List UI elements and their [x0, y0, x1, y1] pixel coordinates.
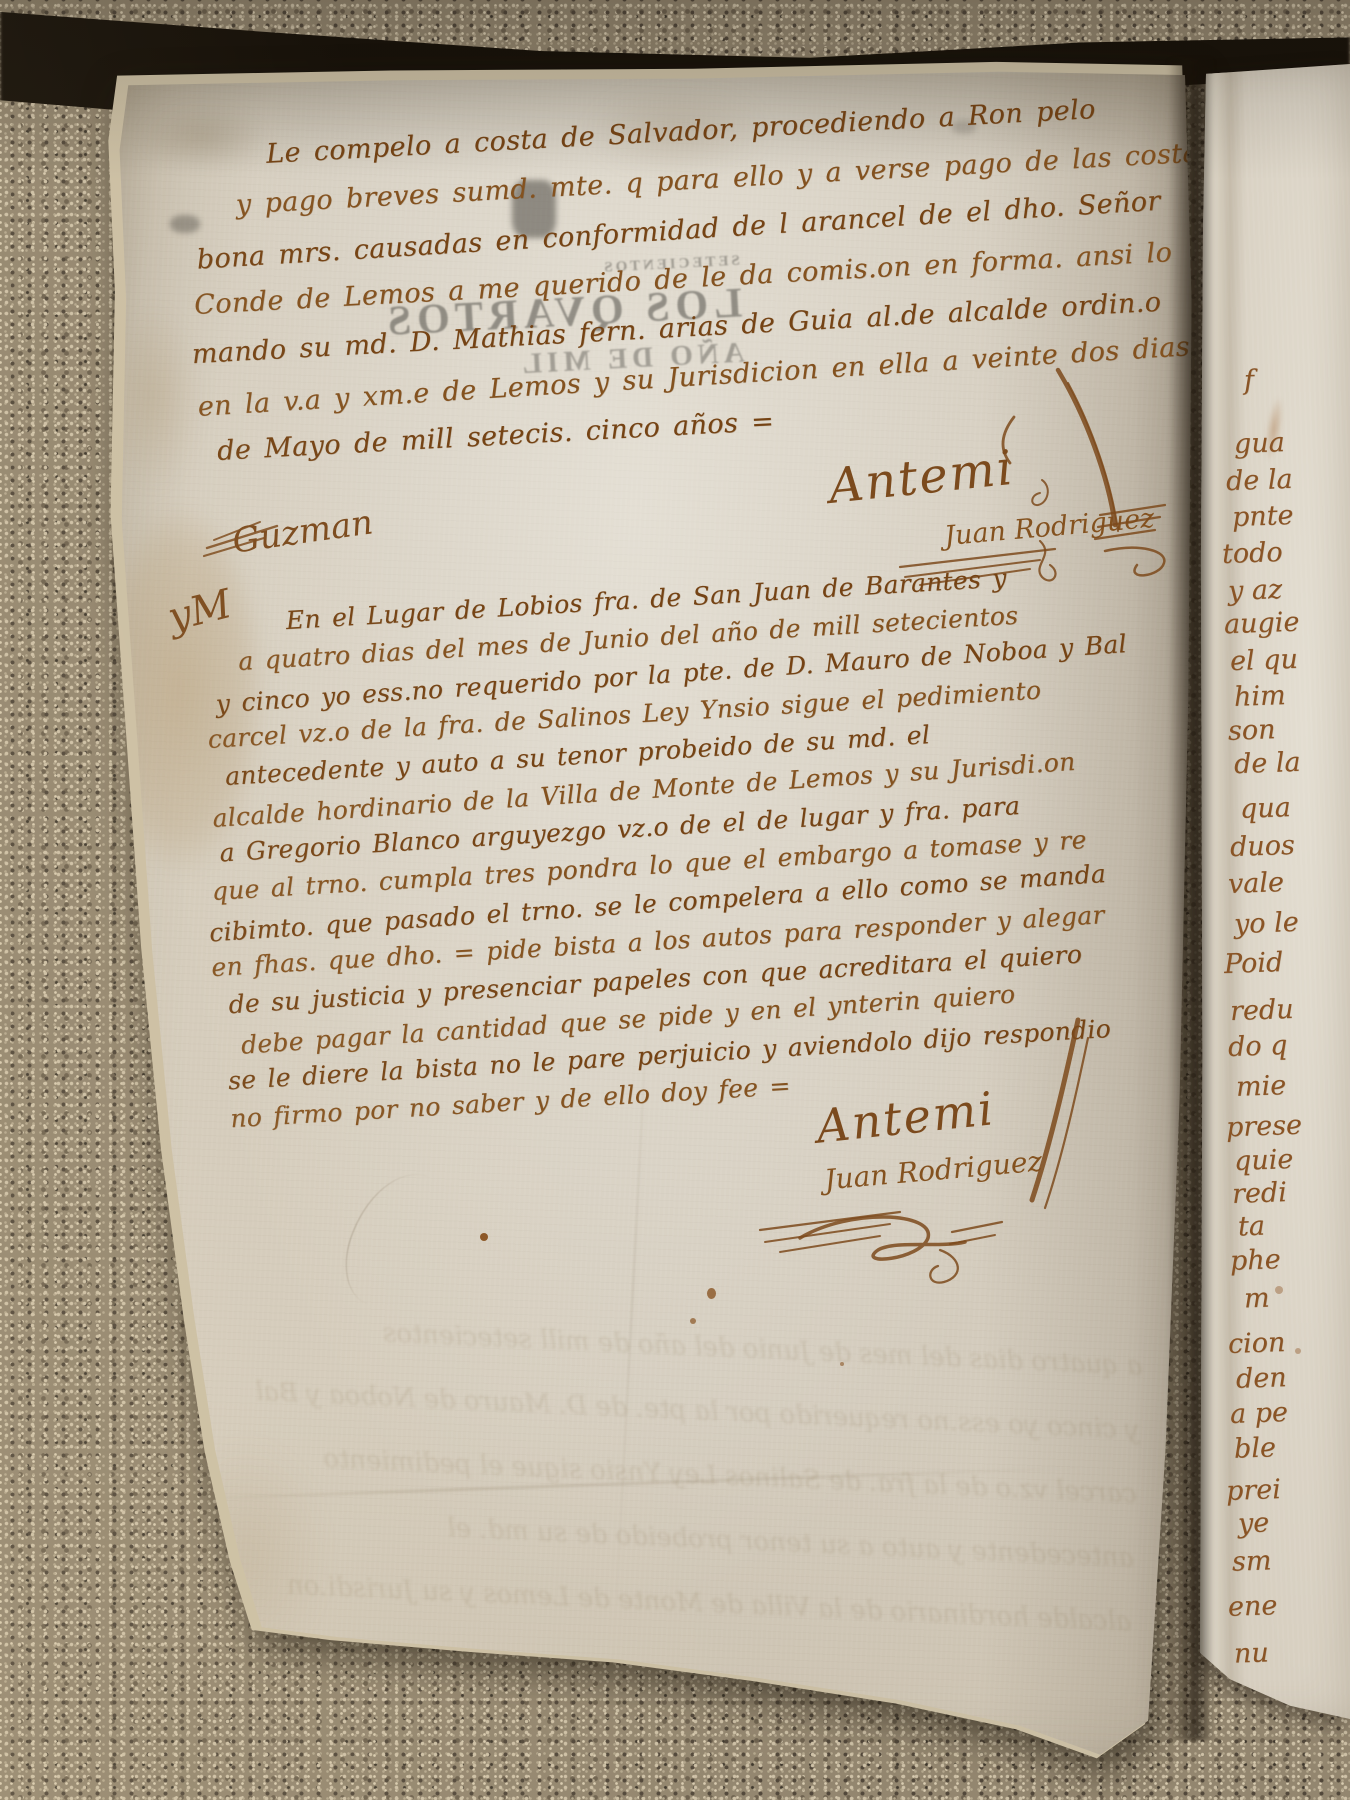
page-fragment-line: todo	[1221, 537, 1283, 570]
page-fragment-line: cion	[1227, 1327, 1285, 1360]
ink-blot	[1295, 1348, 1301, 1354]
page-fragment-line: him	[1233, 680, 1286, 713]
page-fragment-line: nu	[1233, 1637, 1269, 1669]
left-page: SETECIENTOS LOS QVARTOS AÑO DE MIL a qua…	[112, 70, 1198, 1770]
page-fragment-line: augie	[1223, 607, 1299, 641]
ink-blot	[840, 1362, 844, 1366]
page-fragment-line: ye	[1237, 1507, 1269, 1539]
page-fragment-line: ene	[1227, 1590, 1277, 1623]
page-fragment-line: prei	[1225, 1474, 1281, 1507]
page-fragment-line: pnte	[1231, 500, 1294, 533]
page-fragment-line: qua	[1239, 792, 1291, 825]
right-page-paper: fguade lapntetodoy azaugieel quhimsonde …	[1200, 64, 1350, 1719]
page-fragment-line: y az	[1227, 574, 1282, 607]
paper-crack	[333, 1159, 463, 1320]
page-fragment-line: duos	[1229, 830, 1295, 863]
page-fragment-line: a pe	[1229, 1397, 1288, 1430]
page-fragment-line: quie	[1233, 1144, 1293, 1177]
signature-guzman: Guzman	[232, 512, 373, 552]
ink-blot	[707, 1288, 716, 1299]
page-fragment-line: de la	[1225, 464, 1293, 497]
page-fragment-line: ta	[1237, 1211, 1265, 1243]
page-fragment-line: son	[1227, 714, 1276, 747]
page-fragment-line: f	[1243, 365, 1254, 396]
page-fragment-line: vale	[1227, 867, 1284, 900]
book-gutter-shadow	[1168, 60, 1214, 1740]
handwriting-showthrough: a quatro dias del mes de Junio del año d…	[245, 1296, 1143, 1654]
page-fragment-line: el qu	[1229, 644, 1298, 677]
page-fragment-line: gua	[1233, 427, 1285, 460]
page-fragment-line: yo le	[1233, 907, 1299, 940]
page-fragment-line: ble	[1233, 1432, 1276, 1464]
manuscript-photo-scene: SETECIENTOS LOS QVARTOS AÑO DE MIL a qua…	[0, 0, 1350, 1800]
left-page-paper: SETECIENTOS LOS QVARTOS AÑO DE MIL a qua…	[112, 70, 1198, 1770]
page-fragment-line: m	[1243, 1283, 1270, 1315]
right-page: fguade lapntetodoy azaugieel quhimsonde …	[1200, 64, 1350, 1719]
page-fragment-line: Poid	[1223, 947, 1283, 980]
page-fragment-line: sm	[1231, 1545, 1272, 1577]
page-fragment-line: do q	[1227, 1030, 1287, 1063]
page-fragment-line: phe	[1229, 1244, 1281, 1277]
ink-blot	[1275, 1286, 1283, 1294]
ink-blot	[480, 1233, 488, 1241]
page-fragment-line: prese	[1225, 1110, 1302, 1144]
signature-rubric-flourish	[202, 510, 302, 560]
page-fragment-line: de la	[1233, 747, 1301, 780]
signature-rubric-flourish	[740, 1010, 1100, 1300]
page-fragment-line: den	[1235, 1362, 1287, 1395]
page-fragment-line: redi	[1231, 1177, 1287, 1210]
page-fragment-line: mie	[1235, 1070, 1286, 1103]
page-fragment-line: redu	[1229, 994, 1294, 1027]
ink-blot	[690, 1318, 696, 1324]
